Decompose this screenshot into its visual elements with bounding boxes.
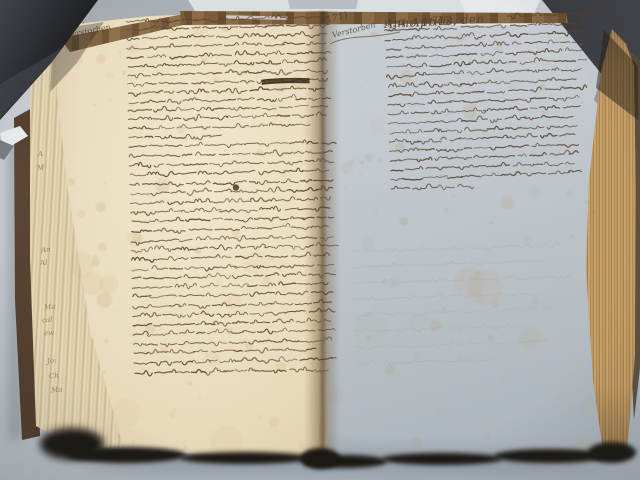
bottom-shadow [180, 452, 310, 464]
bottom-shadow-gutter [300, 448, 340, 469]
showthrough-text [352, 240, 582, 388]
date-fraction: 12 ⁄ 22 [385, 21, 395, 33]
bottom-shadow-left-corner [40, 428, 104, 460]
left-page-handwriting [126, 9, 336, 385]
photograph-of-open-manuscript: AMAnAlMacalewJo:ChMa 170. Verstorben 171… [0, 0, 640, 480]
entry-date-heading: Anno 1642. den 12 ⁄ 22 ♃ Aprilis, [384, 16, 396, 33]
right-page-handwriting [384, 3, 606, 206]
bottom-shadow [382, 453, 502, 465]
bottom-shadow [588, 442, 636, 463]
